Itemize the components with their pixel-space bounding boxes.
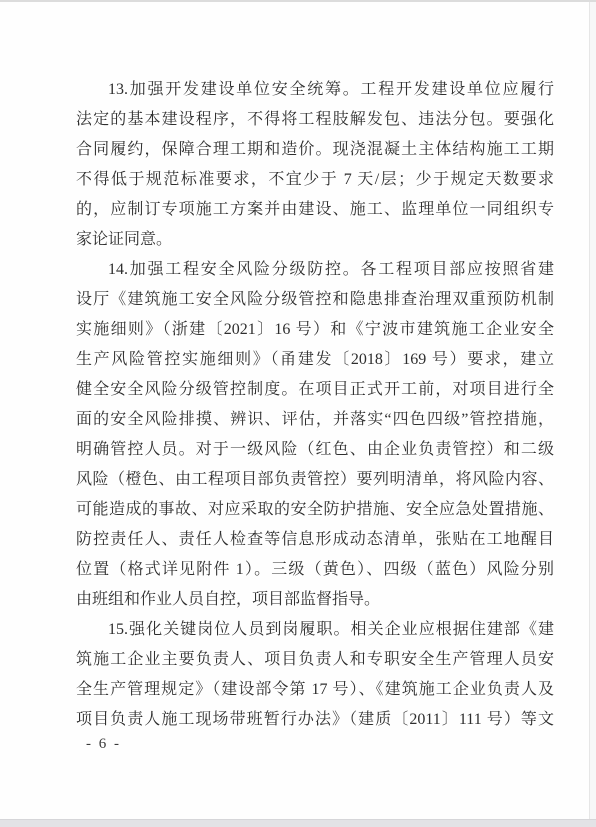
- text-line: 全生产管理规定》（建设部令第 17 号）、《建筑施工企业负责人及: [76, 675, 554, 705]
- text-line: 健全安全风险分级管控制度。在项目正式开工前，对项目进行全: [76, 375, 554, 405]
- text-line: 家论证同意。: [76, 225, 554, 255]
- text-line: 由班组和作业人员自控，项目部监督指导。: [76, 585, 554, 615]
- text-line: 不得低于规范标准要求，不宜少于 7 天/层；少于规定天数要求: [76, 165, 554, 195]
- text-line: 法定的基本建设程序，不得将工程肢解发包、违法分包。要强化: [76, 105, 554, 135]
- page-right-edge: [589, 2, 590, 819]
- text-line: 明确管控人员。对于一级风险（红色、由企业负责管控）和二级: [76, 435, 554, 465]
- paragraph-item-13: 13.加强开发建设单位安全统筹。工程开发建设单位应履行 法定的基本建设程序，不得…: [76, 75, 554, 255]
- text-line: 风险（橙色、由工程项目部负责管控）要列明清单，将风险内容、: [76, 465, 554, 495]
- text-line: 筑施工企业主要负责人、项目负责人和专职安全生产管理人员安: [76, 645, 554, 675]
- text-line: 生产风险管控实施细则》（甬建发〔2018〕169 号）要求，建立: [76, 345, 554, 375]
- page-right-margin: [590, 2, 596, 819]
- page-bottom-edge: [0, 819, 596, 827]
- paragraph-item-15: 15.强化关键岗位人员到岗履职。相关企业应根据住建部《建 筑施工企业主要负责人、…: [76, 615, 554, 735]
- text-line: 设厅《建筑施工安全风险分级管控和隐患排查治理双重预防机制: [76, 285, 554, 315]
- page-top-edge: [0, 0, 596, 2]
- text-line: 可能造成的事故、对应采取的安全防护措施、安全应急处置措施、: [76, 495, 554, 525]
- text-line: 实施细则》（浙建〔2021〕16 号）和《宁波市建筑施工企业安全: [76, 315, 554, 345]
- text-line: 15.强化关键岗位人员到岗履职。相关企业应根据住建部《建: [76, 615, 554, 645]
- page-number: - 6 -: [86, 733, 121, 755]
- text-line: 13.加强开发建设单位安全统筹。工程开发建设单位应履行: [76, 75, 554, 105]
- text-line: 合同履约，保障合理工期和造价。现浇混凝土主体结构施工工期: [76, 135, 554, 165]
- document-body: 13.加强开发建设单位安全统筹。工程开发建设单位应履行 法定的基本建设程序，不得…: [76, 75, 554, 735]
- document-page: 13.加强开发建设单位安全统筹。工程开发建设单位应履行 法定的基本建设程序，不得…: [0, 0, 596, 827]
- text-line: 防控责任人、责任人检查等信息形成动态清单，张贴在工地醒目: [76, 525, 554, 555]
- text-line: 面的安全风险排摸、辨识、评估，并落实“四色四级”管控措施，: [76, 405, 554, 435]
- text-line: 项目负责人施工现场带班暂行办法》（建质〔2011〕111 号）等文: [76, 705, 554, 735]
- text-line: 位置（格式详见附件 1）。三级（黄色）、四级（蓝色）风险分别: [76, 555, 554, 585]
- paragraph-item-14: 14.加强工程安全风险分级防控。各工程项目部应按照省建 设厅《建筑施工安全风险分…: [76, 255, 554, 615]
- text-line: 的，应制订专项施工方案并由建设、施工、监理单位一同组织专: [76, 195, 554, 225]
- text-line: 14.加强工程安全风险分级防控。各工程项目部应按照省建: [76, 255, 554, 285]
